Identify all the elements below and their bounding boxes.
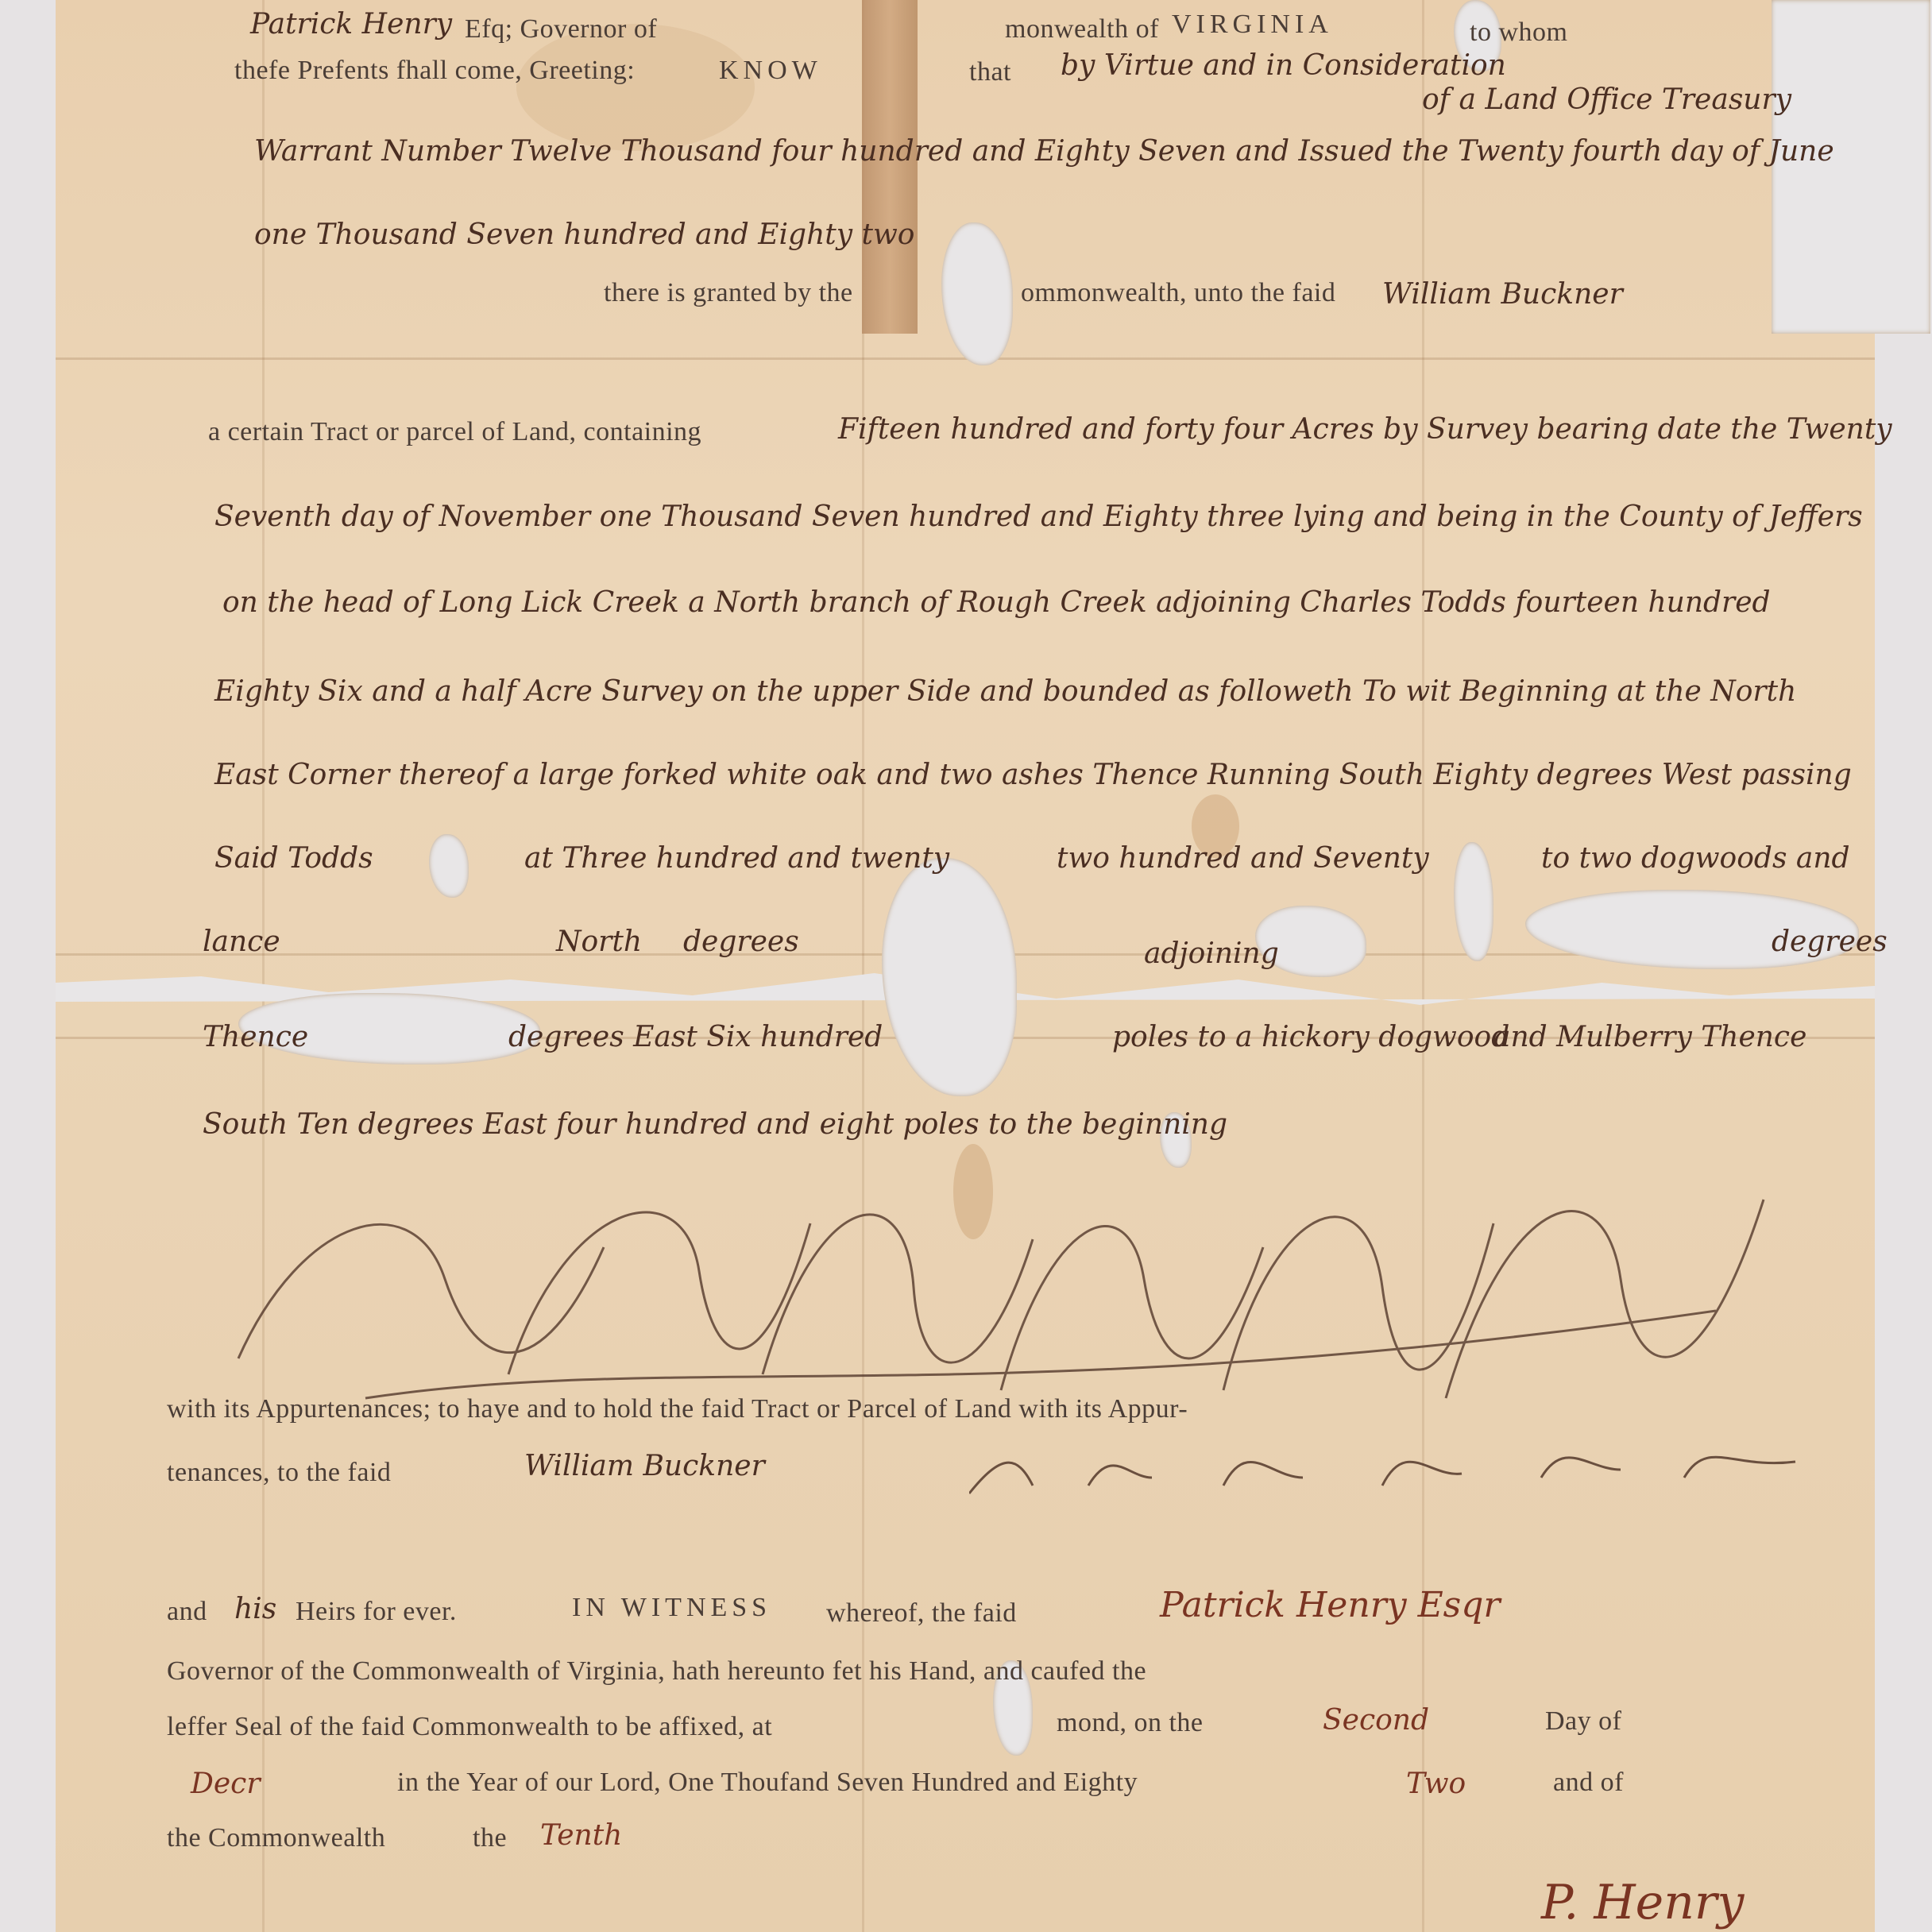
printed-text-know: KNOW xyxy=(719,56,822,86)
handwritten-text: Fifteen hundred and forty four Acres by … xyxy=(838,413,1892,446)
handwritten-text: his xyxy=(234,1593,276,1625)
printed-text: and xyxy=(167,1597,207,1627)
printed-text: the xyxy=(473,1823,507,1853)
handwritten-text: and Mulberry Thence xyxy=(1493,1021,1806,1053)
handwritten-text: South Ten degrees East four hundred and … xyxy=(203,1108,1227,1141)
handwritten-text: Said Todds xyxy=(214,842,373,875)
handwritten-day: Second xyxy=(1323,1704,1429,1737)
handwritten-year: Two xyxy=(1406,1768,1466,1800)
fold-line xyxy=(262,0,265,1932)
printed-text-virginia: VIRGINIA xyxy=(1172,10,1333,40)
printed-text: whereof, the faid xyxy=(826,1598,1017,1629)
handwritten-text: Eighty Six and a half Acre Survey on the… xyxy=(214,675,1796,708)
printed-text: Efq; Governor of xyxy=(465,14,657,44)
calligraphic-flourish-icon xyxy=(207,1152,1875,1414)
governor-signature: P. Henry xyxy=(1541,1875,1744,1930)
printed-text: tenances, to the faid xyxy=(167,1458,391,1488)
handwritten-text: to two dogwoods and xyxy=(1541,842,1850,875)
line-filler-flourish-icon xyxy=(969,1430,1803,1509)
printed-text: Heirs for ever. xyxy=(296,1597,457,1627)
printed-text: a certain Tract or parcel of Land, conta… xyxy=(208,417,701,447)
printed-text: with its Appurtenances; to haye and to h… xyxy=(167,1394,1188,1424)
printed-text: Governor of the Commonwealth of Virginia… xyxy=(167,1656,1146,1687)
handwritten-text: degrees xyxy=(683,925,799,958)
handwritten-governor-name: Patrick Henry Esqr xyxy=(1160,1585,1500,1625)
printed-text-in-witness: IN WITNESS xyxy=(572,1593,771,1623)
printed-text: thefe Prefents fhall come, Greeting: xyxy=(234,56,635,86)
printed-text: Day of xyxy=(1545,1706,1621,1737)
handwritten-regnal-year: Tenth xyxy=(540,1819,622,1852)
handwritten-text: Warrant Number Twelve Thousand four hund… xyxy=(254,135,1834,168)
handwritten-grantee-name: William Buckner xyxy=(524,1450,765,1482)
handwritten-grantee-name: William Buckner xyxy=(1382,278,1623,311)
printed-text: leffer Seal of the faid Commonwealth to … xyxy=(167,1712,772,1742)
line-1: Patrick Henry xyxy=(250,8,452,41)
handwritten-text: degrees East Six hundred xyxy=(508,1021,883,1053)
printed-text: monwealth of xyxy=(1005,14,1159,44)
handwritten-text: poles to a hickory dogwood xyxy=(1112,1021,1509,1053)
handwritten-text: of a Land Office Treasury xyxy=(1422,83,1791,116)
handwritten-governor-name: Patrick Henry xyxy=(250,8,452,41)
handwritten-text: adjoining xyxy=(1144,937,1279,970)
handwritten-text: lance xyxy=(203,925,280,958)
handwritten-text: on the head of Long Lick Creek a North b… xyxy=(222,586,1771,619)
printed-text: to whom xyxy=(1470,17,1567,48)
printed-text: and of xyxy=(1553,1768,1624,1798)
handwritten-text: Thence xyxy=(203,1021,308,1053)
handwritten-text: two hundred and Seventy xyxy=(1057,842,1429,875)
printed-text: in the Year of our Lord, One Thoufand Se… xyxy=(397,1768,1138,1798)
handwritten-text: Seventh day of November one Thousand Sev… xyxy=(214,500,1863,533)
printed-text: ommonwealth, unto the faid xyxy=(1021,278,1335,308)
handwritten-text: at Three hundred and twenty xyxy=(524,842,949,875)
handwritten-text: North xyxy=(556,925,642,958)
handwritten-text: one Thousand Seven hundred and Eighty tw… xyxy=(254,218,914,251)
printed-text: that xyxy=(969,57,1011,87)
handwritten-text: degrees xyxy=(1772,925,1888,958)
handwritten-text: East Corner thereof a large forked white… xyxy=(214,759,1852,791)
handwritten-month: Decr xyxy=(191,1768,261,1800)
printed-text: mond, on the xyxy=(1057,1708,1203,1738)
handwritten-text: by Virtue and in Consideration xyxy=(1061,49,1506,82)
printed-text: the Commonwealth xyxy=(167,1823,385,1853)
printed-text: there is granted by the xyxy=(604,278,853,308)
